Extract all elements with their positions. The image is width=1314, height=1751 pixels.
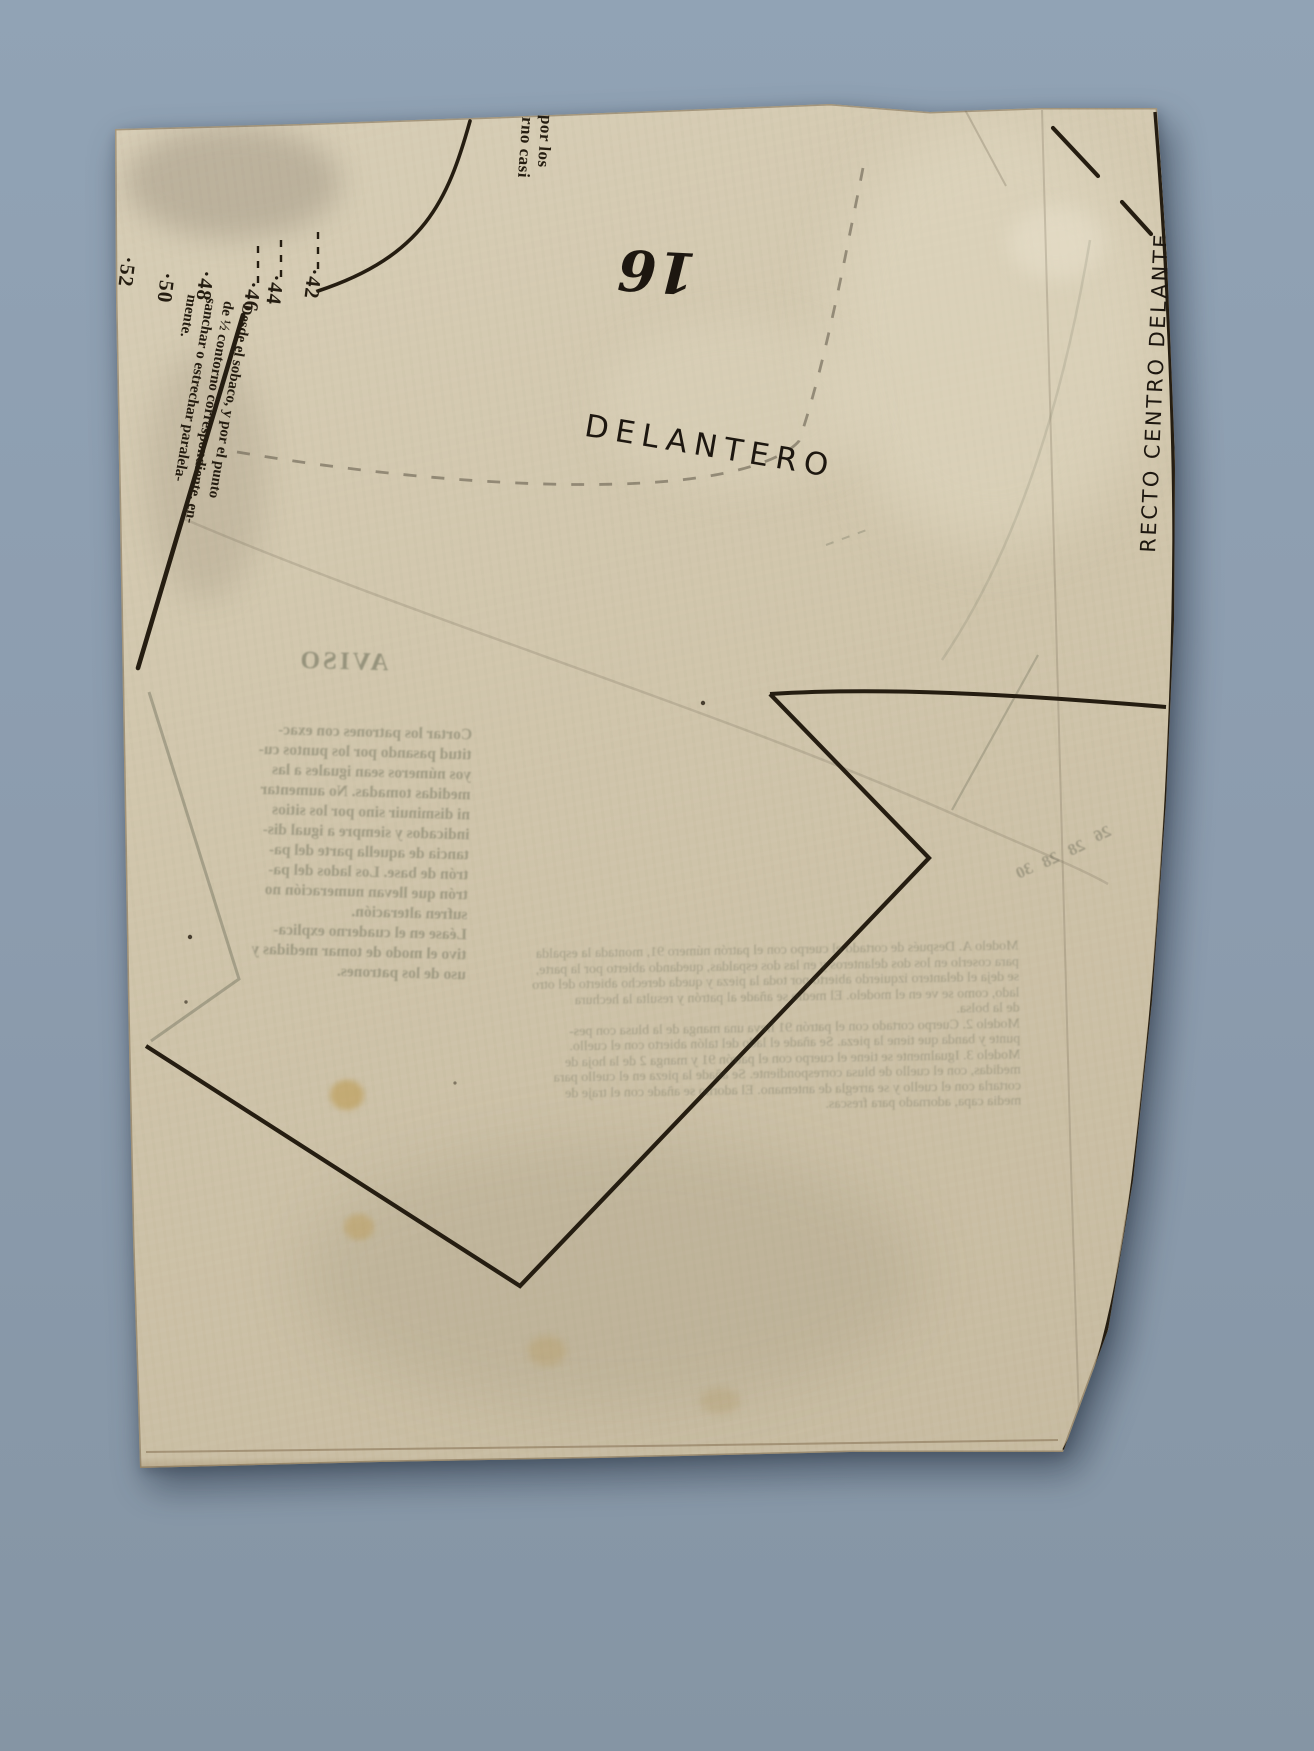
size-mark-50: ·50 [151, 271, 180, 305]
photo-background: co por los ntorno casi ·42 ·44 ·46 ·48 ·… [0, 0, 1314, 1751]
size-mark-52: ·52 [112, 255, 141, 289]
under-sheet-edge-line [146, 1440, 1058, 1452]
crease-line [1042, 110, 1080, 1448]
ghost-line [942, 240, 1090, 660]
grainline-tick [1122, 202, 1151, 234]
top-edge-fragment: co por los ntorno casi [514, 91, 558, 180]
ink-speck [701, 701, 705, 705]
pencil-dashed-line [237, 157, 865, 485]
pattern-sheet: co por los ntorno casi ·42 ·44 ·46 ·48 ·… [0, 0, 1314, 1751]
ghost-instructions-block: Modelo A. Después de cortado el cuerpo c… [391, 939, 1022, 1120]
ink-speck [184, 1000, 187, 1003]
pattern-sheet-wrapper: co por los ntorno casi ·42 ·44 ·46 ·48 ·… [0, 0, 1314, 1751]
size-mark-42: ·42 [298, 267, 327, 301]
ink-speck [188, 935, 192, 939]
ghost-aviso-title: AVISO [212, 645, 475, 680]
piece-number: 16 [610, 235, 703, 306]
grainline-tick [1053, 128, 1098, 176]
lower-pattern-top-line [770, 691, 1166, 707]
ghost-aviso-body: Cortar los patrones con exac-titud pasan… [204, 719, 473, 986]
armhole-curve-line [318, 121, 470, 291]
ghost-line [952, 655, 1038, 810]
crease-line [963, 106, 1006, 186]
ghost-dash [826, 528, 872, 545]
